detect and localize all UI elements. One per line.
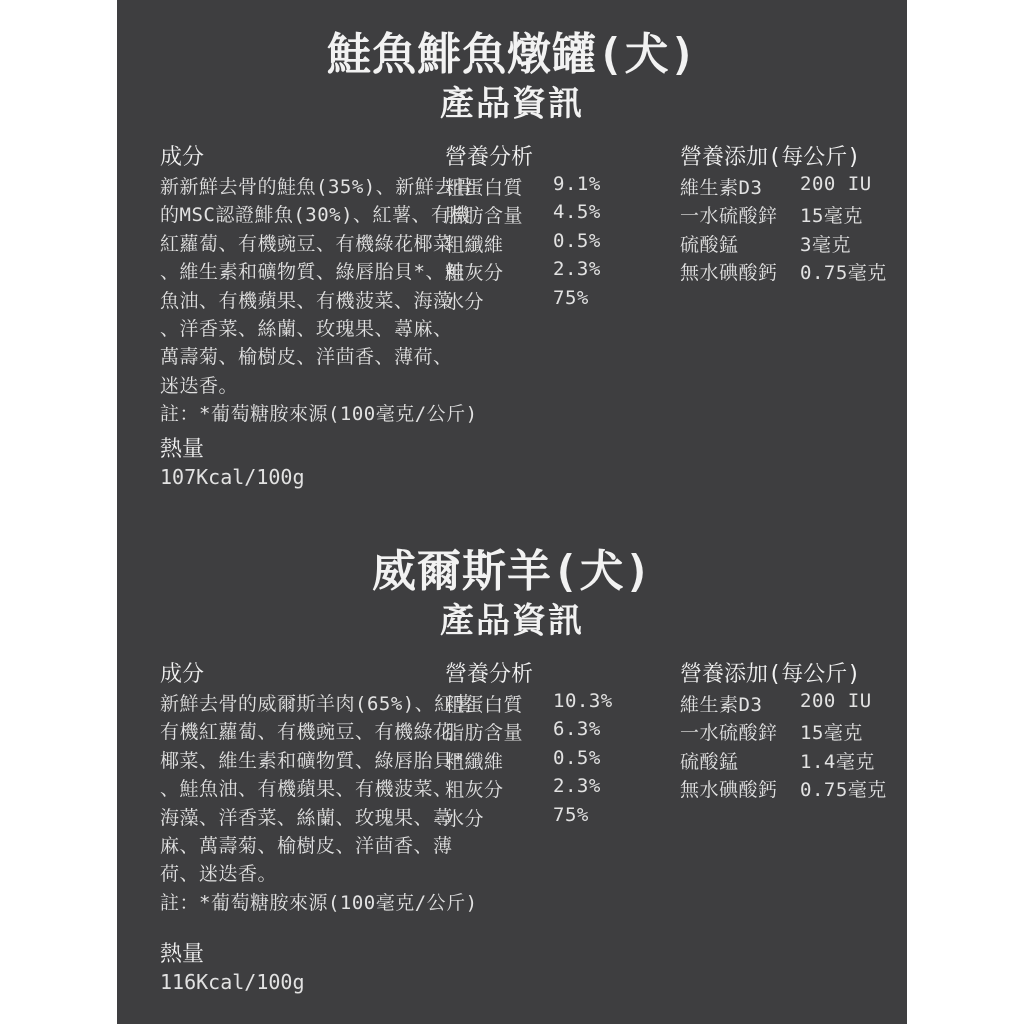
analysis-row: 粗灰分 2.3% [445,775,685,803]
analysis-heading: 營養分析 [445,663,533,687]
content-panel: 鮭魚鯡魚燉罐(犬) 產品資訊 成分 新新鮮去骨的鮭魚(35%)、新鮮去骨 的MS… [117,0,907,1024]
analysis-row: 粗纖維 0.5% [445,230,685,258]
analysis-label: 粗蛋白質 [445,694,523,716]
ingredient-line: 椰菜、維生素和礦物質、綠唇胎貝* [160,747,460,775]
analysis-label: 粗纖維 [445,751,504,773]
ingredients-heading: 成分 [160,146,204,170]
ingredient-line: 新鮮去骨的威爾斯羊肉(65%)、紅薯 [160,690,460,718]
analysis-label: 粗纖維 [445,234,504,256]
ingredient-line: 、洋香菜、絲蘭、玫瑰果、蕁麻、 [160,315,460,343]
additive-label: 一水硫酸鋅 [680,205,778,227]
additive-label: 無水碘酸鈣 [680,262,778,284]
analysis-label: 水分 [445,291,484,313]
analysis-value: 10.3% [553,690,613,712]
analysis-row: 粗蛋白質 9.1% [445,173,685,201]
additive-row: 硫酸錳 1.4毫克 [680,747,940,775]
additive-label: 一水硫酸鋅 [680,722,778,744]
analysis-value: 75% [553,287,589,309]
additive-row: 無水碘酸鈣 0.75毫克 [680,258,940,286]
additive-row: 維生素D3 200 IU [680,173,940,201]
product-subtitle: 產品資訊 [117,86,907,123]
product-title: 鮭魚鯡魚燉罐(犬) [117,30,907,81]
additive-value: 15毫克 [800,201,863,228]
ingredients-note: 註：*葡萄糖胺來源(100毫克/公斤) [160,400,460,428]
analysis-row: 脂肪含量 4.5% [445,201,685,229]
ingredient-line: 迷迭香。 [160,372,460,400]
ingredients-text: 新新鮮去骨的鮭魚(35%)、新鮮去骨 的MSC認證鯡魚(30%)、紅薯、有機 紅… [160,173,460,429]
ingredient-line: 、維生素和礦物質、綠唇胎貝*、鮭 [160,258,460,286]
additive-value: 200 IU [800,173,872,195]
additive-value: 3毫克 [800,230,851,257]
analysis-row: 粗灰分 2.3% [445,258,685,286]
analysis-label: 水分 [445,808,484,830]
additive-value: 1.4毫克 [800,747,875,774]
analysis-value: 4.5% [553,201,601,223]
additives-table: 維生素D3 200 IU 一水硫酸鋅 15毫克 硫酸錳 3毫克 無水碘酸鈣 0.… [680,173,940,287]
analysis-value: 6.3% [553,718,601,740]
additive-label: 無水碘酸鈣 [680,779,778,801]
ingredients-text: 新鮮去骨的威爾斯羊肉(65%)、紅薯 有機紅蘿蔔、有機豌豆、有機綠花 椰菜、維生… [160,690,460,917]
additive-label: 維生素D3 [680,694,762,716]
ingredient-line: 、鮭魚油、有機蘋果、有機菠菜、 [160,775,460,803]
analysis-row: 粗纖維 0.5% [445,747,685,775]
analysis-value: 9.1% [553,173,601,195]
ingredient-line: 荷、迷迭香。 [160,860,460,888]
additive-value: 0.75毫克 [800,258,887,285]
additive-label: 硫酸錳 [680,234,739,256]
ingredient-line: 有機紅蘿蔔、有機豌豆、有機綠花 [160,718,460,746]
energy-heading: 熱量 [160,438,204,462]
ingredient-line: 海藻、洋香菜、絲蘭、玫瑰果、蕁 [160,804,460,832]
analysis-label: 脂肪含量 [445,722,523,744]
additive-row: 一水硫酸鋅 15毫克 [680,201,940,229]
analysis-row: 粗蛋白質 10.3% [445,690,685,718]
additive-value: 0.75毫克 [800,775,887,802]
analysis-value: 0.5% [553,230,601,252]
additives-heading: 營養添加(每公斤) [680,663,861,687]
additive-row: 維生素D3 200 IU [680,690,940,718]
ingredient-line: 紅蘿蔔、有機豌豆、有機綠花椰菜 [160,230,460,258]
additive-row: 硫酸錳 3毫克 [680,230,940,258]
additive-row: 無水碘酸鈣 0.75毫克 [680,775,940,803]
analysis-table: 粗蛋白質 10.3% 脂肪含量 6.3% 粗纖維 0.5% 粗灰分 2.3% 水… [445,690,685,832]
analysis-heading: 營養分析 [445,146,533,170]
ingredients-note: 註：*葡萄糖胺來源(100毫克/公斤) [160,889,460,917]
analysis-label: 粗蛋白質 [445,177,523,199]
analysis-table: 粗蛋白質 9.1% 脂肪含量 4.5% 粗纖維 0.5% 粗灰分 2.3% 水分… [445,173,685,315]
analysis-row: 水分 75% [445,287,685,315]
product-title: 威爾斯羊(犬) [117,547,907,598]
additives-heading: 營養添加(每公斤) [680,146,861,170]
additive-label: 硫酸錳 [680,751,739,773]
ingredient-line: 萬壽菊、榆樹皮、洋茴香、薄荷、 [160,343,460,371]
analysis-value: 2.3% [553,258,601,280]
analysis-row: 脂肪含量 6.3% [445,718,685,746]
analysis-label: 粗灰分 [445,779,504,801]
ingredient-line: 麻、萬壽菊、榆樹皮、洋茴香、薄 [160,832,460,860]
energy-value: 107Kcal/100g [160,466,305,488]
energy-heading: 熱量 [160,943,204,967]
ingredient-line: 新新鮮去骨的鮭魚(35%)、新鮮去骨 [160,173,460,201]
product-subtitle: 產品資訊 [117,603,907,640]
analysis-value: 0.5% [553,747,601,769]
analysis-value: 2.3% [553,775,601,797]
additive-label: 維生素D3 [680,177,762,199]
ingredient-line: 魚油、有機蘋果、有機菠菜、海藻 [160,287,460,315]
additive-value: 15毫克 [800,718,863,745]
analysis-label: 脂肪含量 [445,205,523,227]
ingredient-line: 的MSC認證鯡魚(30%)、紅薯、有機 [160,201,460,229]
additives-table: 維生素D3 200 IU 一水硫酸鋅 15毫克 硫酸錳 1.4毫克 無水碘酸鈣 … [680,690,940,804]
additive-value: 200 IU [800,690,872,712]
analysis-label: 粗灰分 [445,262,504,284]
energy-value: 116Kcal/100g [160,971,305,993]
analysis-row: 水分 75% [445,804,685,832]
additive-row: 一水硫酸鋅 15毫克 [680,718,940,746]
analysis-value: 75% [553,804,589,826]
ingredients-heading: 成分 [160,663,204,687]
